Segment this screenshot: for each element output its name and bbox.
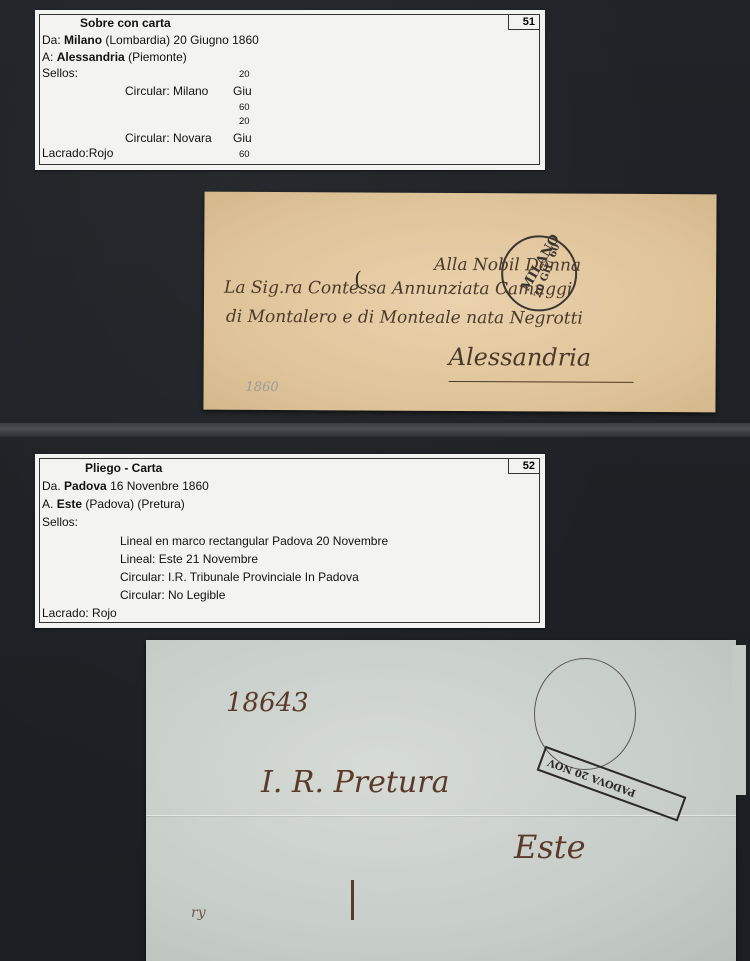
postmark-year: 60 — [239, 149, 250, 160]
lot-number-badge: 51 — [508, 14, 540, 30]
postmark-label: Circular: Milano — [125, 84, 208, 98]
origin-prefix: Da: — [42, 33, 61, 47]
rect-postmark-text: PADOVA 20 NOV — [547, 756, 638, 798]
lot-title: Sobre con carta — [80, 16, 171, 30]
destination-details: (Padova) (Pretura) — [85, 497, 184, 511]
postmark-label: Circular: Novara — [125, 131, 212, 145]
address-line: di Montalero e di Monteale nata Negrotti — [226, 307, 583, 329]
ink-mark — [351, 880, 354, 920]
destination-prefix: A: — [42, 50, 53, 64]
pencil-annotation: 1860 — [246, 380, 279, 395]
letter-fold-line — [146, 815, 736, 816]
destination-city: Este — [57, 497, 82, 511]
docket-number: 18643 — [226, 688, 309, 718]
postmark-description: Circular: I.R. Tribunale Provinciale In … — [120, 570, 359, 584]
address-line: I. R. Pretura — [261, 765, 449, 800]
postmark-day: 20 — [239, 69, 250, 80]
postmark-month: Giu — [233, 84, 252, 98]
lot-52-folded-letter-image: PADOVA 20 NOV 18643 I. R. Pretura Este r… — [146, 640, 736, 961]
mount-strip-divider — [0, 423, 750, 437]
postmark-year: 60 — [239, 102, 250, 113]
lot-title: Pliego - Carta — [85, 461, 162, 475]
postmark-description: Lineal: Este 21 Novembre — [120, 552, 258, 566]
lot-52-label-frame: 52 Pliego - Carta Da. Padova 16 Novenbre… — [39, 458, 540, 623]
stamps-label: Sellos: — [42, 66, 78, 80]
address-city: Este — [514, 828, 586, 866]
seal-info: Lacrado:Rojo — [42, 146, 113, 160]
address-line: Alla Nobil Donna — [434, 255, 581, 276]
lot-number-badge: 52 — [508, 458, 540, 474]
destination-details: (Piemonte) — [128, 50, 187, 64]
origin-city: Milano — [64, 33, 102, 47]
address-line: La Sig.ra Contessa Annunziata Camuggi — [224, 278, 572, 300]
letter-side-flap — [732, 645, 746, 795]
origin-city: Padova — [64, 479, 107, 493]
destination-line: A: Alessandria (Piemonte) — [42, 50, 187, 64]
handwriting-fragment: ry — [191, 905, 206, 921]
postmark-month: Giu — [233, 131, 252, 145]
stamps-label: Sellos: — [42, 515, 78, 529]
origin-line: Da: Milano (Lombardia) 20 Giugno 1860 — [42, 33, 259, 47]
lot-52-description-card: 52 Pliego - Carta Da. Padova 16 Novenbre… — [35, 454, 545, 628]
destination-city: Alessandria — [57, 50, 125, 64]
origin-prefix: Da. — [42, 479, 61, 493]
address-underline — [449, 381, 634, 383]
destination-line: A. Este (Padova) (Pretura) — [42, 497, 185, 511]
lot-51-label-frame: 51 Sobre con carta Da: Milano (Lombardia… — [39, 14, 540, 165]
address-city: Alessandria — [449, 343, 592, 372]
lot-51-envelope-image: MILANO 20 GIU 60 ( Alla Nobil Donna La S… — [203, 192, 716, 413]
destination-prefix: A. — [42, 497, 53, 511]
postmark-description: Lineal en marco rectangular Padova 20 No… — [120, 534, 388, 548]
postmark-description: Circular: No Legible — [120, 588, 225, 602]
seal-info: Lacrado: Rojo — [42, 606, 117, 620]
lot-51-description-card: 51 Sobre con carta Da: Milano (Lombardia… — [35, 10, 545, 170]
origin-details: (Lombardia) 20 Giugno 1860 — [105, 33, 258, 47]
origin-details: 16 Novenbre 1860 — [110, 479, 209, 493]
postmark-day: 20 — [239, 116, 250, 127]
origin-line: Da. Padova 16 Novenbre 1860 — [42, 479, 209, 493]
